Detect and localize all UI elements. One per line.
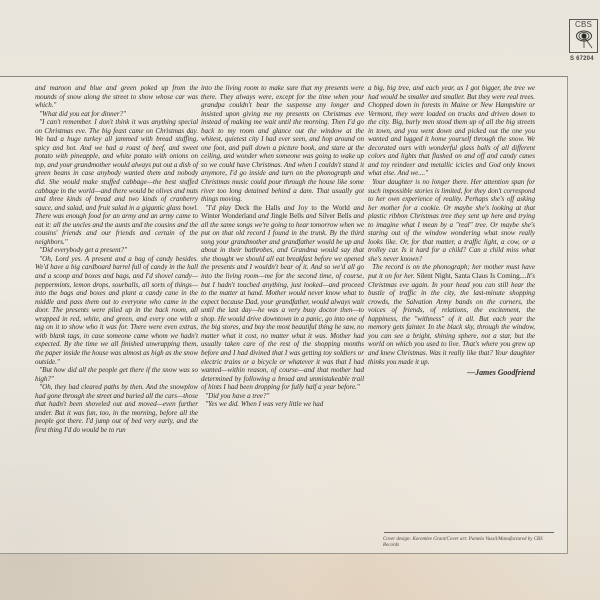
record-paragraph: The record is on the phonograph; her mot… xyxy=(368,263,535,366)
credits-divider xyxy=(384,532,554,533)
text-run: and xyxy=(350,204,364,212)
paragraph: "Did everybody get a present?" xyxy=(35,246,198,255)
cbs-logo: CBS xyxy=(569,19,598,53)
songs-paragraph: "I'd play Deck the Halls and Joy to the … xyxy=(201,204,364,392)
song-title: Winter Wonderland xyxy=(201,212,256,220)
paragraph: "Oh, Lord yes. A present and a bag of ca… xyxy=(35,255,198,366)
credits-text: Cover design: Koromlee Grant/Cover art: … xyxy=(383,537,558,549)
song-title: Silent Night, Santa Claus Is Coming xyxy=(416,272,519,280)
text-run: and all the same songs we're going to he… xyxy=(201,212,364,391)
paragraph: "Yes we did. When I was very little we h… xyxy=(201,400,364,409)
paragraph: and maroon and blue and green poked up f… xyxy=(35,84,198,110)
paragraph: into the living room to make sure that m… xyxy=(201,84,364,204)
liner-notes-column-3: a big, big tree, and each year, as I got… xyxy=(368,84,535,378)
liner-notes-column-2: into the living room to make sure that m… xyxy=(201,84,364,409)
liner-notes-column-1: and maroon and blue and green poked up f… xyxy=(35,84,198,434)
paragraph: Your daughter is no longer there. Her at… xyxy=(368,178,535,263)
paragraph: "Oh, they had cleared paths by then. And… xyxy=(35,383,198,434)
author-signature: —James Goodfriend xyxy=(368,369,535,378)
text-run: "I'd play xyxy=(205,204,235,212)
paragraph: "What did you eat for dinner?" xyxy=(35,110,198,119)
song-title: Jingle Bells xyxy=(271,212,304,220)
text-run: and xyxy=(280,204,298,212)
paragraph: "Did you have a tree?" xyxy=(201,392,364,401)
paragraph: "I can't remember. I don't think it was … xyxy=(35,118,198,246)
catalog-number: S 67204 xyxy=(570,56,594,62)
song-title: Silver Bells xyxy=(318,212,351,220)
cbs-eye-icon xyxy=(575,29,593,49)
song-title: Joy to the World xyxy=(298,204,350,212)
song-title: Deck the Halls xyxy=(235,204,280,212)
paragraph: "But how did all the people get there if… xyxy=(35,366,198,383)
paragraph: a big, big tree, and each year, as I got… xyxy=(368,84,535,178)
text-run: and xyxy=(256,212,271,220)
cbs-logo-text: CBS xyxy=(570,20,597,29)
text-run: and xyxy=(304,212,319,220)
text-run: ....It's Christmas eve again. In your he… xyxy=(368,272,535,365)
